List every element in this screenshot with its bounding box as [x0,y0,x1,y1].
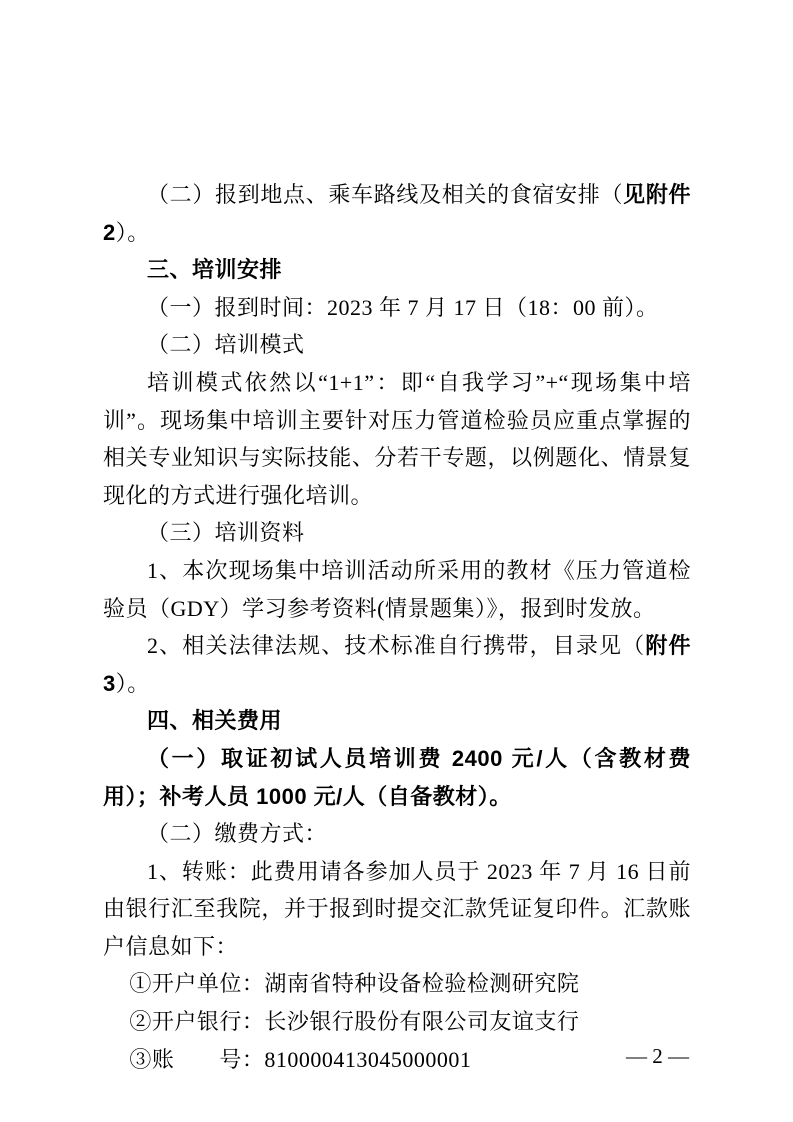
para-training-mode-label: （二）培训模式 [103,326,691,364]
para-account-bank: ②开户银行：长沙银行股份有限公司友谊支行 [103,1003,691,1041]
document-page: （二）报到地点、乘车路线及相关的食宿安排（见附件 2）。 三、培训安排 （一）报… [0,0,793,1122]
heading-section-3-training-arrangement: 三、培训安排 [103,251,691,289]
para-training-mode-body: 培训模式依然以“1+1”：即“自我学习”+“现场集中培训”。现场集中培训主要针对… [103,364,691,514]
document-body: （二）报到地点、乘车路线及相关的食宿安排（见附件 2）。 三、培训安排 （一）报… [103,176,691,1078]
para-training-materials-label: （三）培训资料 [103,514,691,552]
text-segment: ）。 [116,220,150,245]
text-segment: （二）报到地点、乘车路线及相关的食宿安排（ [147,182,623,207]
para-account-number: ③账 号：810000413045000001 [103,1041,691,1079]
para-account-holder-name: ①开户单位：湖南省特种设备检验检测研究院 [103,965,691,1003]
para-transfer-info: 1、转账：此费用请各参加人员于 2023 年 7 月 16 日前由银行汇至我院，… [103,853,691,966]
para-training-material-1: 1、本次现场集中培训活动所采用的教材《压力管道检验员（GDY）学习参考资料(情景… [103,552,691,627]
para-report-time: （一）报到时间：2023 年 7 月 17 日（18：00 前）。 [103,289,691,327]
para-training-material-2: 2、相关法律法规、技术标准自行携带，目录见（附件 3）。 [103,627,691,702]
para-report-location: （二）报到地点、乘车路线及相关的食宿安排（见附件 2）。 [103,176,691,251]
para-fees: （一）取证初试人员培训费 2400 元/人（含教材费用）；补考人员 1000 元… [103,740,691,815]
text-segment: ）。 [116,671,150,696]
page-number: — 2 — [626,1043,689,1069]
heading-section-4-related-fees: 四、相关费用 [103,702,691,740]
text-segment: 2、相关法律法规、技术标准自行携带，目录见（ [147,633,645,658]
para-payment-method-label: （二）缴费方式： [103,815,691,853]
